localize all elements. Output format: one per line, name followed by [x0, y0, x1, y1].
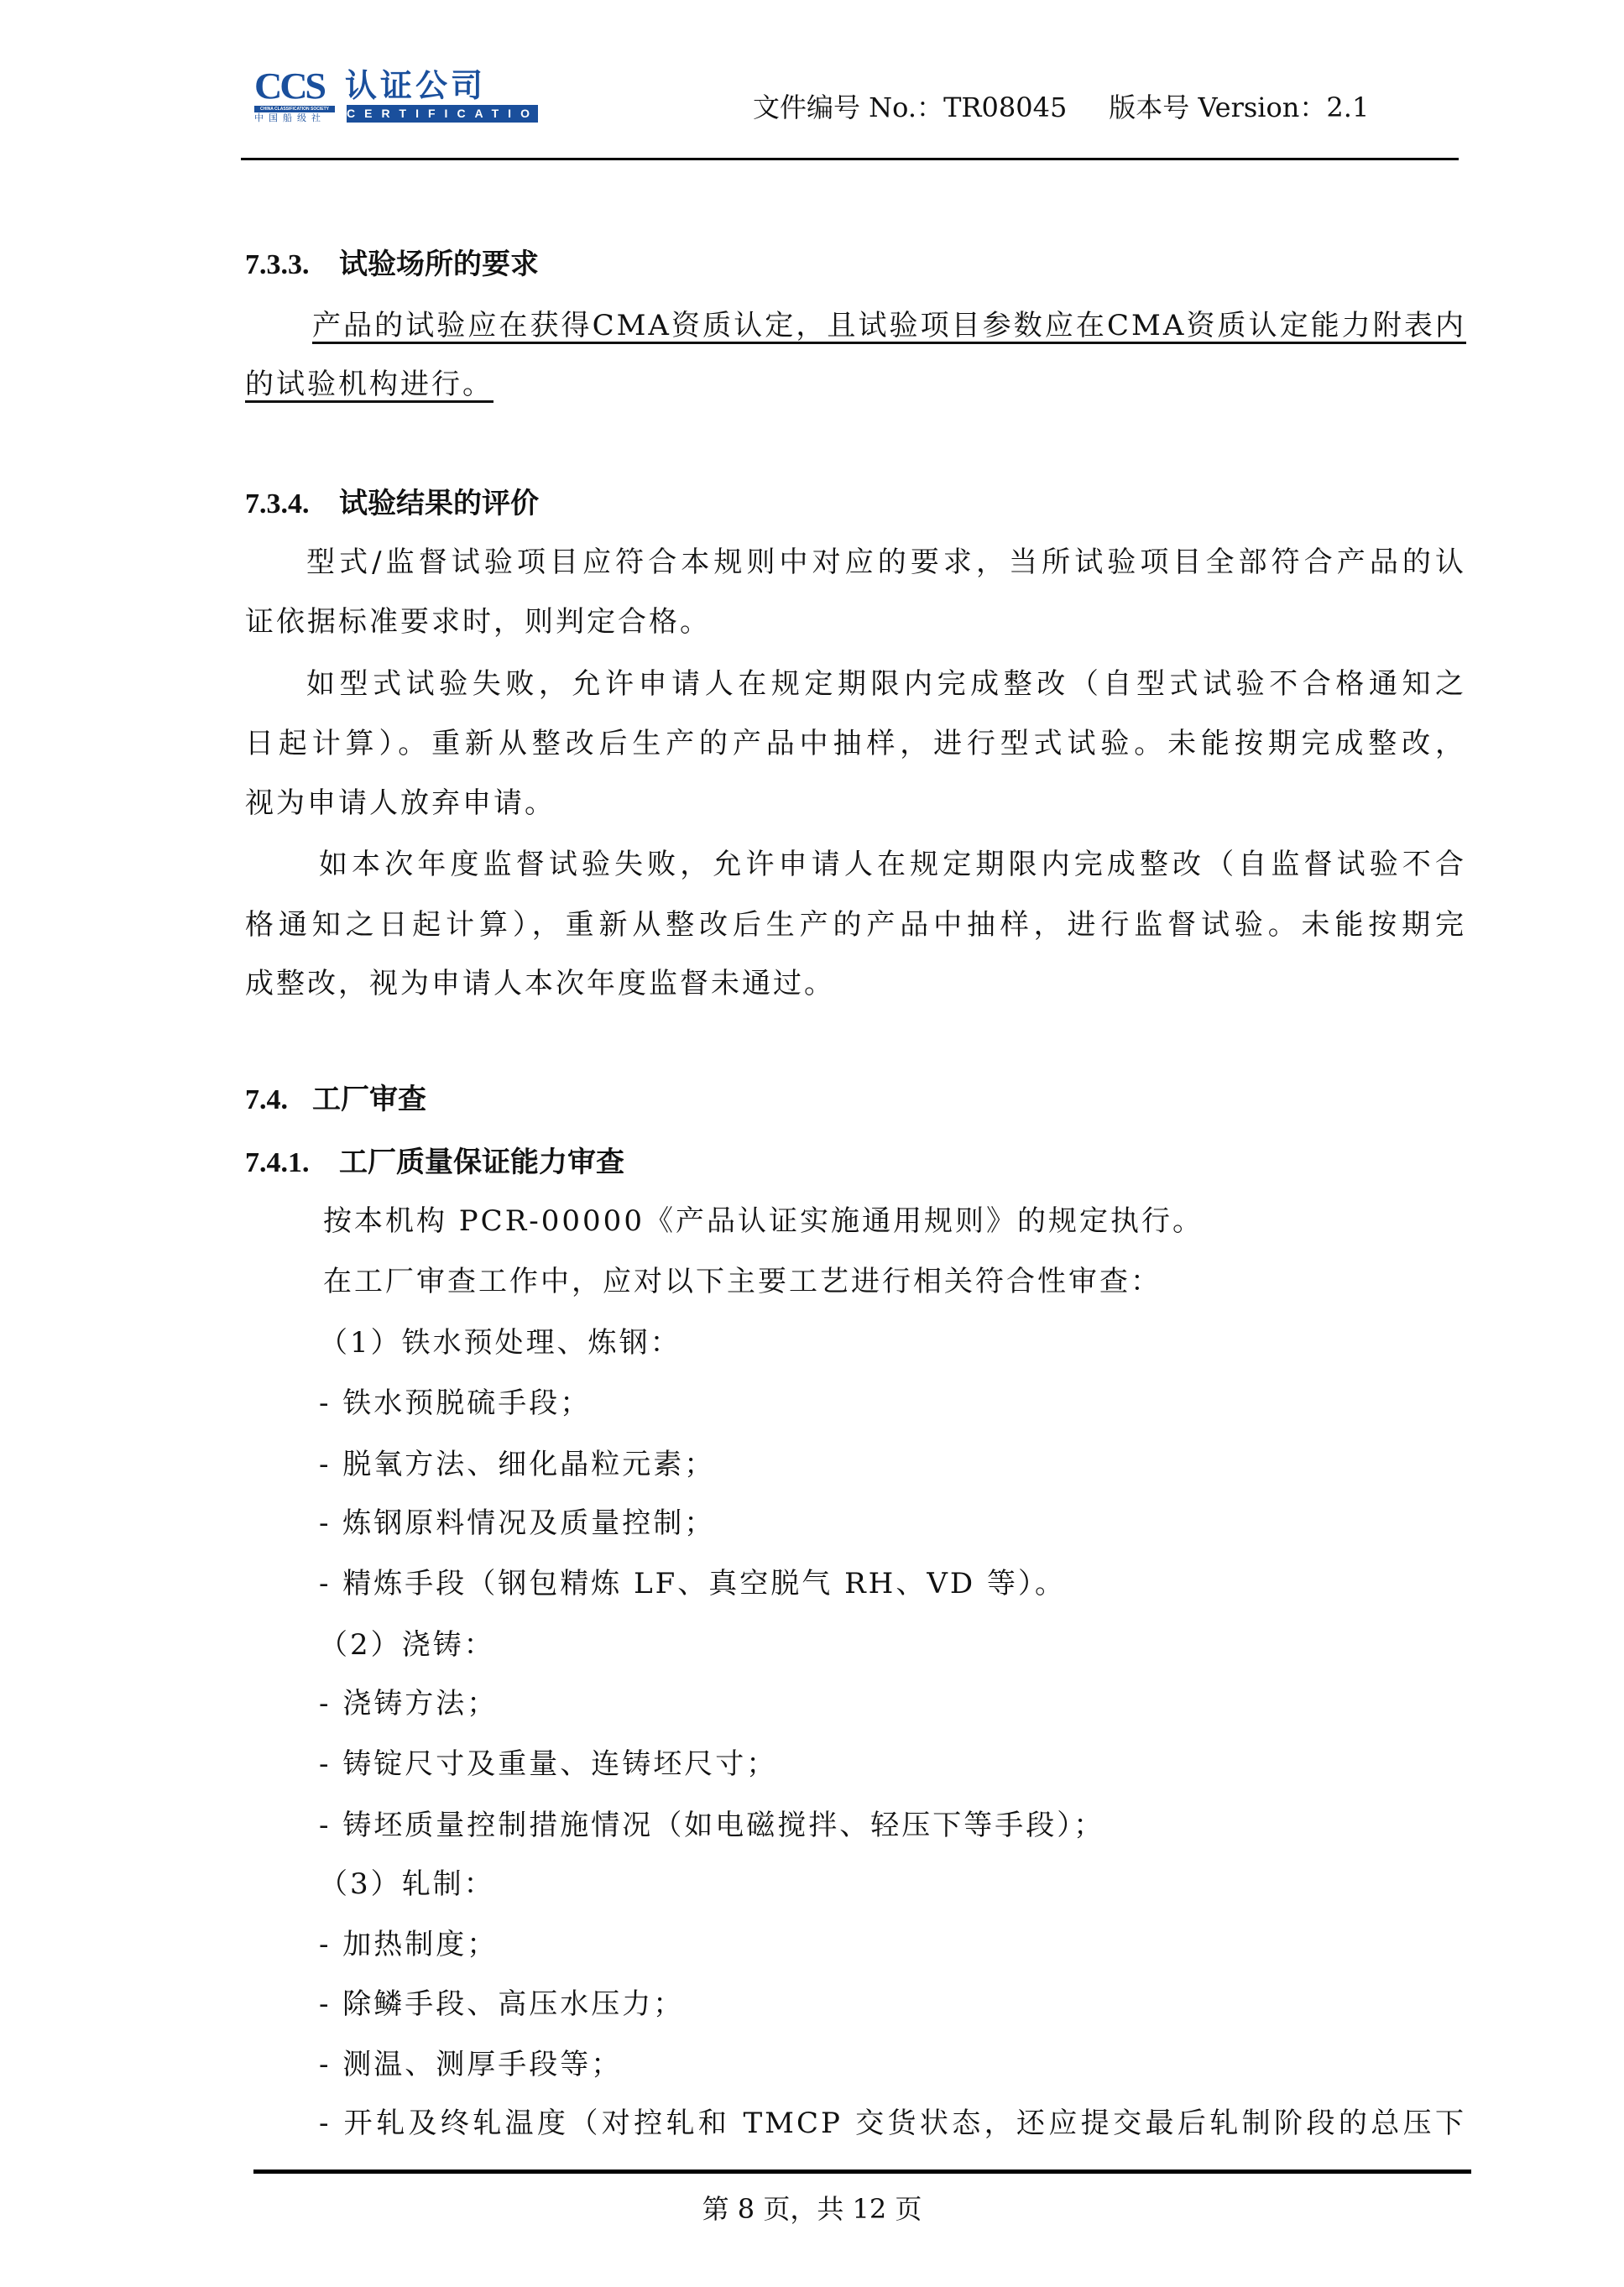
heading-number: 7.3.3. — [245, 247, 339, 284]
paragraph-line: 的试验机构进行。 — [245, 366, 493, 403]
list-item: - 加热制度； — [319, 1926, 498, 1963]
paragraph-line: 格通知之日起计算），重新从整改后生产的产品中抽样，进行监督试验。未能按期完 — [245, 906, 1466, 943]
paragraph-line: 证依据标准要求时，则判定合格。 — [245, 603, 711, 640]
list-item: - 脱氧方法、细化晶粒元素； — [319, 1446, 715, 1483]
paragraph-line: 按本机构 PCR-00000《产品认证实施通用规则》的规定执行。 — [323, 1203, 1204, 1240]
logo-ccs-mark: CCS — [254, 70, 324, 103]
list-item: - 精炼手段（钢包精炼 LF、真空脱气 RH、VD 等）。 — [319, 1565, 1066, 1602]
list-item: - 开轧及终轧温度（对控轧和 TMCP 交货状态，还应提交最后轧制阶段的总压下 — [319, 2105, 1466, 2142]
list-item: - 铸坯质量控制措施情况（如电磁搅拌、轻压下等手段）； — [319, 1807, 1104, 1844]
list-item: - 炼钢原料情况及质量控制； — [319, 1505, 715, 1542]
heading-title: 试验结果的评价 — [339, 487, 539, 520]
paragraph-line: 成整改，视为申请人本次年度监督未通过。 — [245, 965, 835, 1002]
paragraph-line: 如型式试验失败，允许申请人在规定期限内完成整改（自型式试验不合格通知之 — [306, 666, 1466, 702]
heading-number: 7.4.1. — [245, 1145, 339, 1182]
version: 2.1 — [1326, 91, 1369, 123]
list-item: - 铁水预脱硫手段； — [319, 1385, 591, 1422]
list-group-title: （3）轧制： — [319, 1866, 495, 1903]
heading-number: 7.3.4. — [245, 486, 339, 523]
list-item: - 除鳞手段、高压水压力； — [319, 1986, 684, 2023]
heading-title: 试验场所的要求 — [339, 248, 539, 281]
page-number: 第 8 页，共 12 页 — [0, 2192, 1624, 2226]
heading-7-4: 7.4.工厂审查 — [245, 1081, 426, 1119]
paragraph-line: 日起计算）。重新从整改后生产的产品中抽样，进行型式试验。未能按期完成整改， — [245, 725, 1466, 762]
doc-no-label: 文件编号 No.： — [753, 91, 943, 123]
logo-certification: CERTIFICATION — [347, 105, 538, 123]
paragraph-line: 型式/监督试验项目应符合本规则中对应的要求，当所试验项目全部符合产品的认 — [306, 544, 1466, 581]
list-group-title: （1）铁水预处理、炼钢： — [319, 1324, 681, 1361]
list-item: - 浇铸方法； — [319, 1685, 498, 1722]
list-item: - 铸锭尺寸及重量、连铸坯尺寸； — [319, 1746, 777, 1783]
version-label: 版本号 Version： — [1109, 91, 1326, 123]
list-item: - 测温、测厚手段等； — [319, 2046, 622, 2083]
logo-society-cn: 中国船级社 — [254, 113, 326, 123]
heading-title: 工厂审查 — [312, 1083, 426, 1116]
header-rule — [241, 158, 1459, 160]
heading-7-4-1: 7.4.1.工厂质量保证能力审查 — [245, 1144, 624, 1182]
paragraph-line: 在工厂审查工作中，应对以下主要工艺进行相关符合性审查： — [323, 1263, 1162, 1300]
heading-number: 7.4. — [245, 1082, 312, 1119]
document-info: 文件编号 No.：TR08045版本号 Version：2.1 — [753, 91, 1369, 124]
footer-rule — [253, 2170, 1471, 2174]
list-group-title: （2）浇铸： — [319, 1626, 495, 1663]
ccs-certification-logo: CCS CHINA CLASSIFICATION SOCIETY 中国船级社 认… — [254, 70, 540, 123]
logo-society-en: CHINA CLASSIFICATION SOCIETY — [254, 106, 335, 112]
heading-7-3-3: 7.3.3.试验场所的要求 — [245, 246, 539, 284]
logo-company-cn: 认证公司 — [345, 68, 486, 103]
heading-title: 工厂质量保证能力审查 — [339, 1146, 624, 1179]
heading-7-3-4: 7.3.4.试验结果的评价 — [245, 485, 539, 523]
paragraph-line: 视为申请人放弃申请。 — [245, 785, 556, 822]
paragraph-line: 如本次年度监督试验失败，允许申请人在规定期限内完成整改（自监督试验不合 — [319, 846, 1466, 883]
doc-no: TR08045 — [943, 91, 1067, 123]
paragraph-line: 产品的试验应在获得CMA资质认定，且试验项目参数应在CMA资质认定能力附表内 — [312, 307, 1466, 344]
